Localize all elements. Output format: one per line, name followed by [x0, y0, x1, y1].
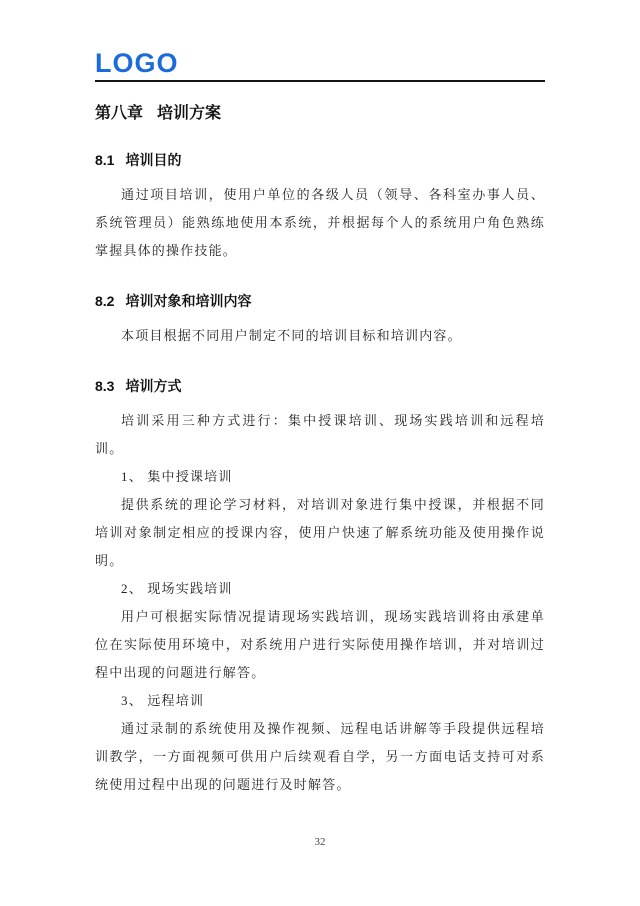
logo-text: LOGO [95, 50, 545, 76]
page-header: LOGO [95, 50, 545, 82]
page-number: 32 [315, 836, 326, 848]
section-8-2: 8.2培训对象和培训内容 本项目根据不同用户制定不同的培训目标和培训内容。 [95, 292, 545, 350]
header-divider [95, 80, 545, 82]
section-8-3: 8.3培训方式 培训采用三种方式进行：集中授课培训、现场实践培训和远程培训。 1… [95, 377, 545, 799]
paragraph: 培训采用三种方式进行：集中授课培训、现场实践培训和远程培训。 [95, 407, 545, 463]
section-title-text: 培训对象和培训内容 [125, 293, 251, 309]
paragraph: 通过项目培训，使用户单位的各级人员（领导、各科室办事人员、系统管理员）能熟练地使… [95, 181, 545, 265]
section-number: 8.2 [95, 293, 114, 309]
chapter-title: 第八章培训方案 [95, 104, 545, 124]
chapter-title-text: 培训方案 [157, 105, 221, 122]
list-item-1: 1、 集中授课培训 [95, 463, 545, 491]
section-heading-8-1: 8.1培训目的 [95, 151, 545, 169]
document-page: LOGO 第八章培训方案 8.1培训目的 通过项目培训，使用户单位的各级人员（领… [0, 0, 640, 906]
paragraph: 用户可根据实际情况提请现场实践培训，现场实践培训将由承建单位在实际使用环境中，对… [95, 603, 545, 687]
paragraph: 通过录制的系统使用及操作视频、远程电话讲解等手段提供远程培训教学，一方面视频可供… [95, 715, 545, 799]
section-8-1: 8.1培训目的 通过项目培训，使用户单位的各级人员（领导、各科室办事人员、系统管… [95, 151, 545, 265]
section-title-text: 培训方式 [125, 378, 181, 394]
chapter-number: 第八章 [95, 105, 143, 122]
section-title-text: 培训目的 [125, 152, 181, 168]
section-number: 8.3 [95, 378, 114, 394]
list-item-3: 3、 远程培训 [95, 687, 545, 715]
paragraph: 本项目根据不同用户制定不同的培训目标和培训内容。 [95, 322, 545, 350]
section-heading-8-3: 8.3培训方式 [95, 377, 545, 395]
paragraph: 提供系统的理论学习材料，对培训对象进行集中授课，并根据不同培训对象制定相应的授课… [95, 491, 545, 575]
section-number: 8.1 [95, 152, 114, 168]
page-footer: 32 [0, 836, 640, 848]
list-item-2: 2、 现场实践培训 [95, 575, 545, 603]
section-heading-8-2: 8.2培训对象和培训内容 [95, 292, 545, 310]
